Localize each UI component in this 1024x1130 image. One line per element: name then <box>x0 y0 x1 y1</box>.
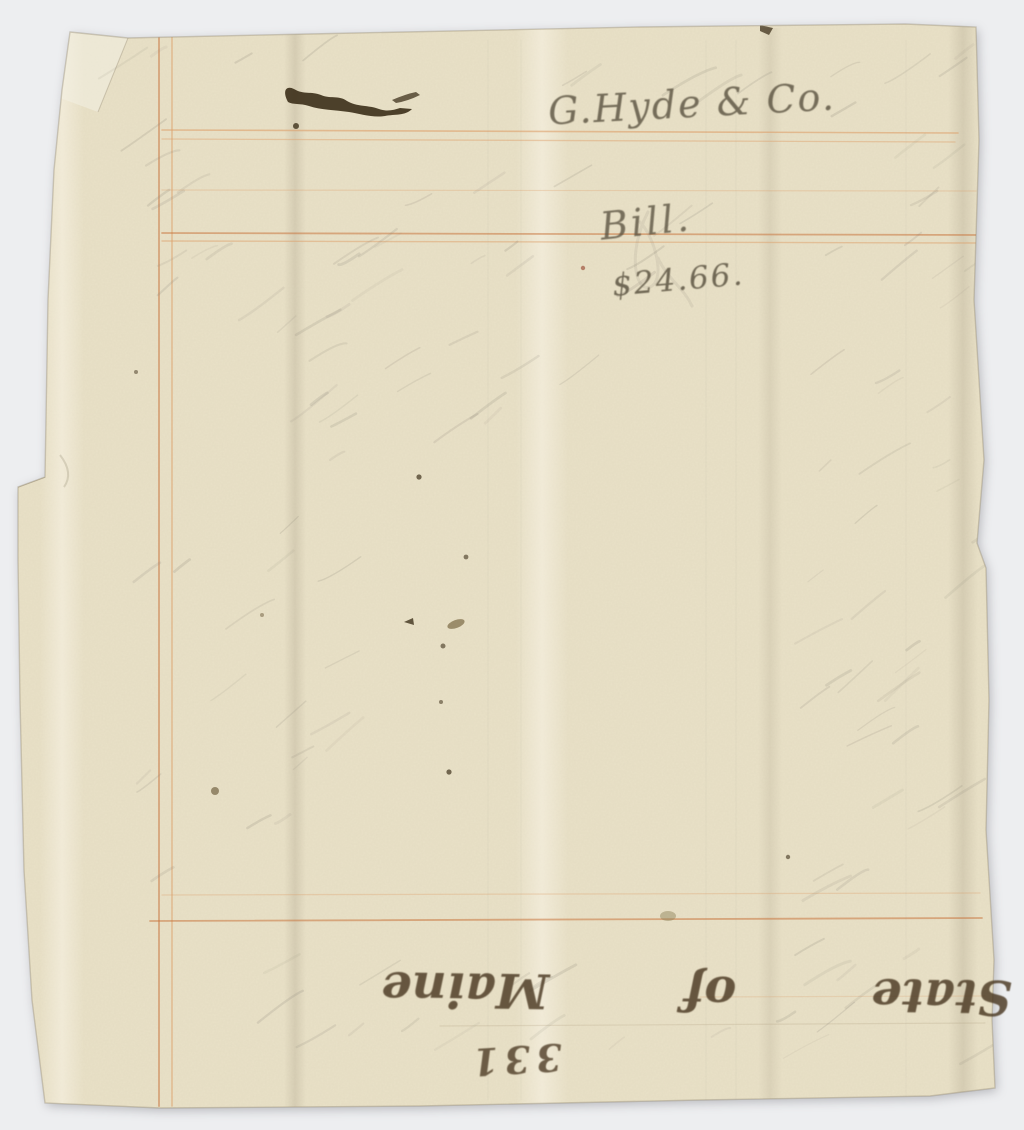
paper-texture <box>18 24 995 1108</box>
scan-backdrop: { "document": { "kind": "scanned handwri… <box>0 0 1024 1130</box>
scanned-paper <box>0 0 1024 1130</box>
